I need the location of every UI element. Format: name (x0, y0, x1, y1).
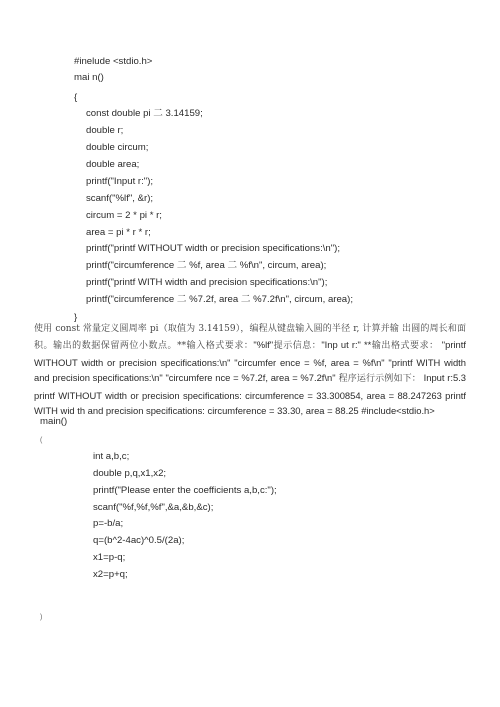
code-line: printf("printf WITH width and precision … (86, 277, 327, 289)
code-line: double p,q,x1,x2; (93, 468, 166, 480)
code-line: p=-b/a; (93, 518, 123, 530)
code-line: printf("printf WITHOUT width or precisio… (86, 243, 340, 255)
code-line: printf("circumference 二 %7.2f, area 二 %7… (86, 294, 353, 306)
para-seg: 程序运行示例如下： (336, 374, 421, 384)
para-seg: "%lf" (253, 339, 273, 350)
code-line: double r; (86, 125, 123, 137)
code-line: printf("Please enter the coefficients a,… (93, 485, 277, 497)
code-line: double circum; (86, 142, 148, 154)
code-line: scanf("%lf", &r); (86, 193, 153, 205)
code-line: printf("Input r:"); (86, 176, 153, 188)
code-line: area = pi * r * r; (86, 227, 151, 239)
code-line: ) (40, 612, 42, 624)
code-line: const double pi 二 3.14159; (86, 108, 203, 120)
code-line: { (74, 92, 77, 104)
code-line: #inelude <stdio.h> (74, 56, 152, 68)
code-line: mai n() (74, 72, 104, 84)
code-line: ( (40, 435, 42, 447)
code-line: scanf("%f,%f,%f",&a,&b,&c); (93, 502, 213, 514)
code-line: x2=p+q; (93, 569, 128, 581)
document-page: #inelude <stdio.h> mai n() { const doubl… (0, 0, 500, 707)
code-line: int a,b,c; (93, 451, 129, 463)
para-seg: "Inp ut r:" ** (321, 339, 371, 350)
para-seg: 提示信息： (273, 341, 321, 351)
code-line: double area; (86, 159, 139, 171)
code-line: printf("circumference 二 %f, area 二 %f\n"… (86, 260, 326, 272)
code-line: q=(b^2-4ac)^0.5/(2a); (93, 535, 184, 547)
para-seg: 输出格式要求： (371, 341, 438, 351)
code-line: x1=p-q; (93, 552, 125, 564)
code-line: circum = 2 * pi * r; (86, 210, 162, 222)
code-line: main() (40, 416, 67, 428)
problem-description: 使用 const 常量定义圆周率 pi（取值为 3.14159），编程从键盘输入… (34, 320, 466, 418)
